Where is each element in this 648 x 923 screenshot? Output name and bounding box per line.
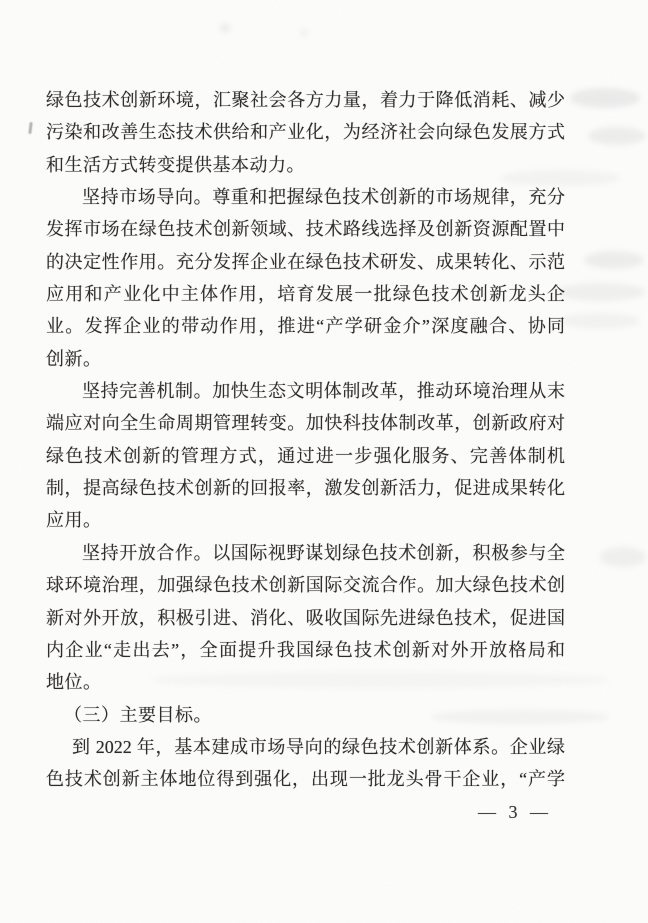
text-line: 污染和改善生态技术供给和产业化，为经济社会向绿色发展方式 — [46, 116, 565, 148]
text-line: 应用和产业化中主体作用，培育发展一批绿色技术创新龙头企 — [46, 278, 565, 310]
scan-smudge — [600, 547, 646, 567]
text-line: 应用。 — [46, 504, 565, 536]
text-line: 球环境治理，加强绿色技术创新国际交流合作。加大绿色技术创 — [46, 569, 565, 601]
scan-smudge — [570, 88, 640, 108]
text-line: 色技术创新主体地位得到强化，出现一批龙头骨干企业，“产学 — [46, 763, 565, 795]
scan-smudge — [588, 127, 646, 145]
scan-artifact-tick — [28, 122, 32, 134]
text-line: 坚持市场导向。尊重和把握绿色技术创新的市场规律，充分 — [46, 181, 565, 213]
scan-smudge — [220, 24, 230, 32]
scanned-document-page: 绿色技术创新环境，汇聚社会各方力量，着力于降低消耗、减少污染和改善生态技术供给和… — [0, 0, 648, 923]
text-line: 业。发挥企业的带动作用，推进“产学研金介”深度融合、协同 — [46, 310, 565, 342]
text-line: 地位。 — [46, 666, 565, 698]
text-line: 内企业“走出去”，全面提升我国绿色技术创新对外开放格局和 — [46, 634, 565, 666]
scan-smudge — [584, 251, 644, 269]
scan-smudge — [300, 30, 308, 36]
text-line: 到 2022 年，基本建成市场导向的绿色技术创新体系。企业绿 — [46, 731, 565, 763]
text-line: 发挥市场在绿色技术创新领域、技术路线选择及创新资源配置中 — [46, 213, 565, 245]
text-line: 端应对向全生命周期管理转变。加快科技体制改革，创新政府对 — [46, 407, 565, 439]
text-line: 新对外开放，积极引进、消化、吸收国际先进绿色技术，促进国 — [46, 602, 565, 634]
text-line: 的决定性作用。充分发挥企业在绿色技术研发、成果转化、示范 — [46, 246, 565, 278]
text-line: 创新。 — [46, 343, 565, 375]
document-body: 绿色技术创新环境，汇聚社会各方力量，着力于降低消耗、减少污染和改善生态技术供给和… — [46, 84, 565, 796]
text-line: （三）主要目标。 — [46, 699, 565, 731]
scan-smudge — [560, 313, 640, 329]
text-line: 绿色技术创新环境，汇聚社会各方力量，着力于降低消耗、减少 — [46, 84, 565, 116]
text-line: 制，提高绿色技术创新的回报率，激发创新活力，促进成果转化 — [46, 472, 565, 504]
text-line: 绿色技术创新的管理方式，通过进一步强化服务、完善体制机 — [46, 440, 565, 472]
text-line: 坚持完善机制。加快生态文明体制改革，推动环境治理从末 — [46, 375, 565, 407]
scan-smudge — [556, 283, 646, 301]
text-line: 坚持开放合作。以国际视野谋划绿色技术创新，积极参与全 — [46, 537, 565, 569]
page-number: — 3 — — [478, 796, 552, 828]
text-line: 和生活方式转变提供基本动力。 — [46, 149, 565, 181]
